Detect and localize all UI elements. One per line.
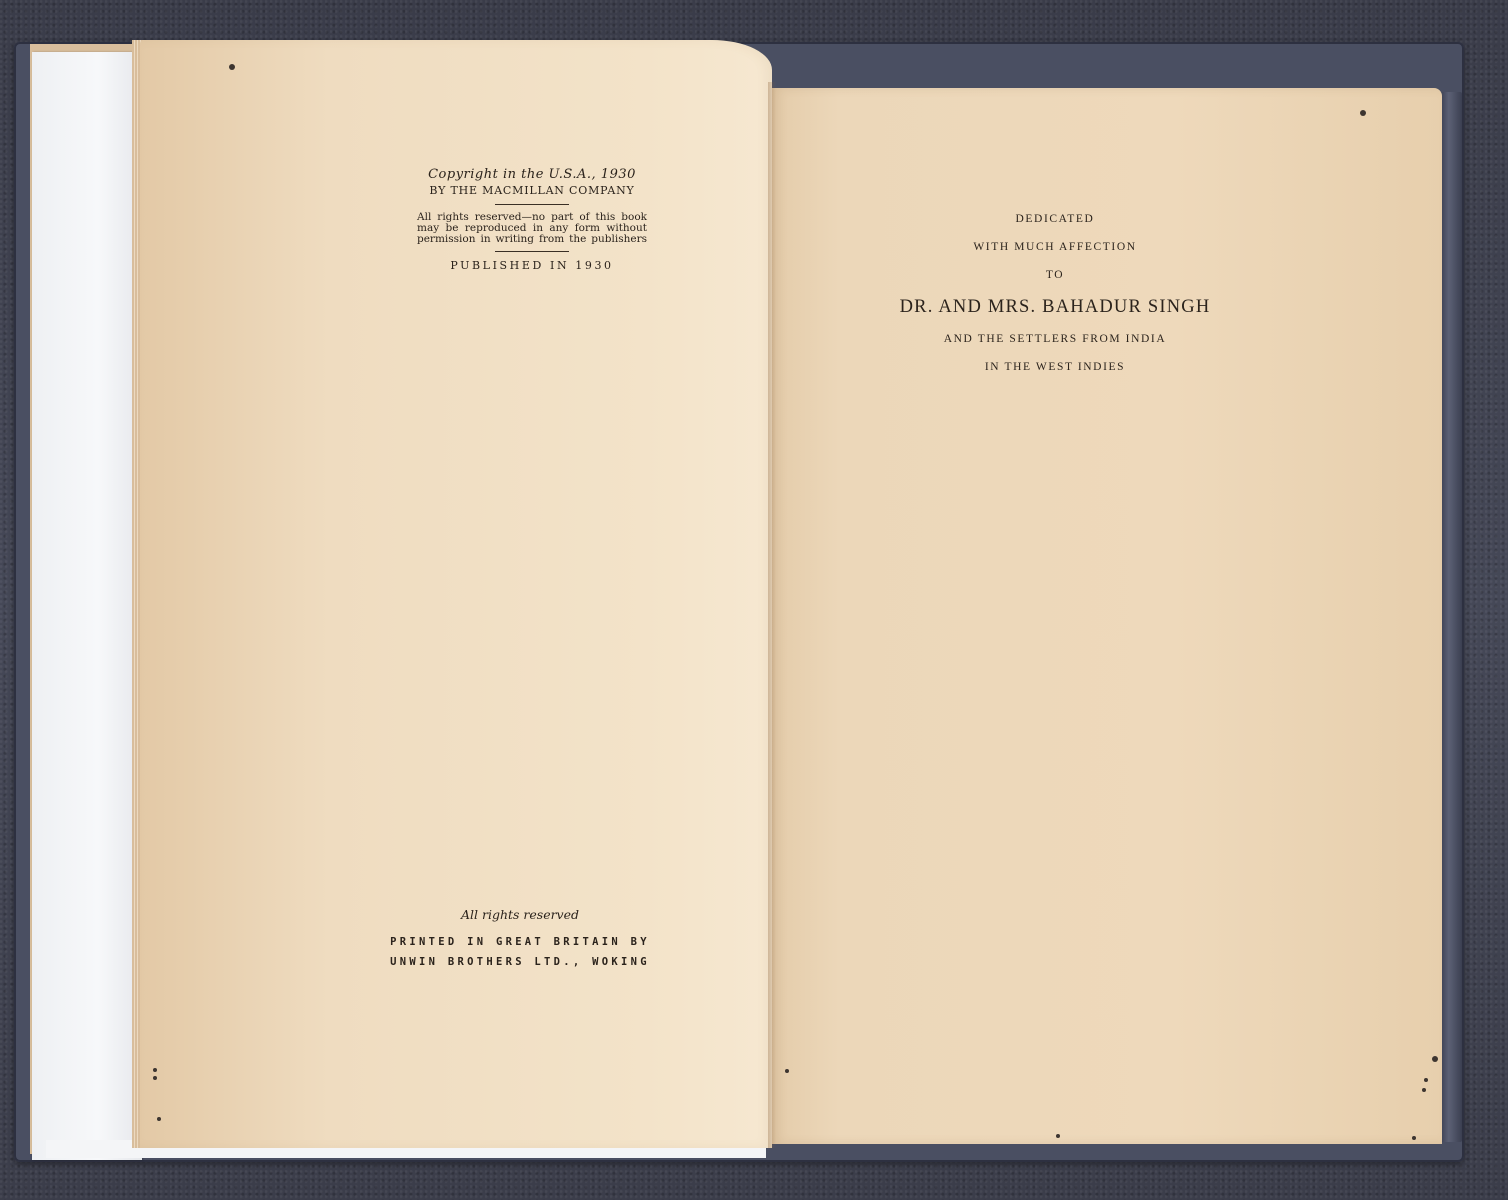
punch-hole (1432, 1056, 1438, 1062)
punch-hole (1056, 1134, 1060, 1138)
dedication-block: DEDICATED WITH MUCH AFFECTION TO DR. AND… (860, 212, 1250, 388)
rights-notice: All rights reserved—no part of this book… (417, 212, 647, 245)
copyright-line: Copyright in the U.S.A., 1930 (412, 166, 652, 184)
dedication-line: AND THE SETTLERS FROM INDIA (860, 332, 1250, 346)
cover-edge (1440, 92, 1462, 1142)
printer-line-2: UNWIN BROTHERS LTD., WOKING (370, 952, 670, 972)
punch-hole (1422, 1088, 1426, 1092)
dedication-line: WITH MUCH AFFECTION (860, 240, 1250, 254)
punch-hole (1412, 1136, 1416, 1140)
dedication-line: TO (860, 268, 1250, 282)
punch-hole (785, 1069, 789, 1073)
punch-hole (229, 64, 235, 70)
punch-hole (153, 1076, 157, 1080)
punch-hole (153, 1068, 157, 1072)
printer-line-1: PRINTED IN GREAT BRITAIN BY (370, 932, 670, 952)
rights-reserved-line: All rights reserved (370, 906, 670, 924)
punch-hole (1360, 110, 1366, 116)
divider (495, 251, 569, 252)
white-flyleaf (32, 52, 142, 1160)
punch-hole (157, 1117, 161, 1121)
copyright-block: Copyright in the U.S.A., 1930 BY THE MAC… (412, 166, 652, 272)
divider (495, 204, 569, 205)
gutter (768, 82, 776, 1148)
punch-hole (1424, 1078, 1428, 1082)
printer-block: All rights reserved PRINTED IN GREAT BRI… (370, 906, 670, 972)
dedicatee: DR. AND MRS. BAHADUR SINGH (860, 296, 1250, 318)
dedication-line: IN THE WEST INDIES (860, 360, 1250, 374)
publisher-line: BY THE MACMILLAN COMPANY (412, 184, 652, 198)
published-line: PUBLISHED IN 1930 (412, 259, 652, 272)
dedication-line: DEDICATED (860, 212, 1250, 226)
